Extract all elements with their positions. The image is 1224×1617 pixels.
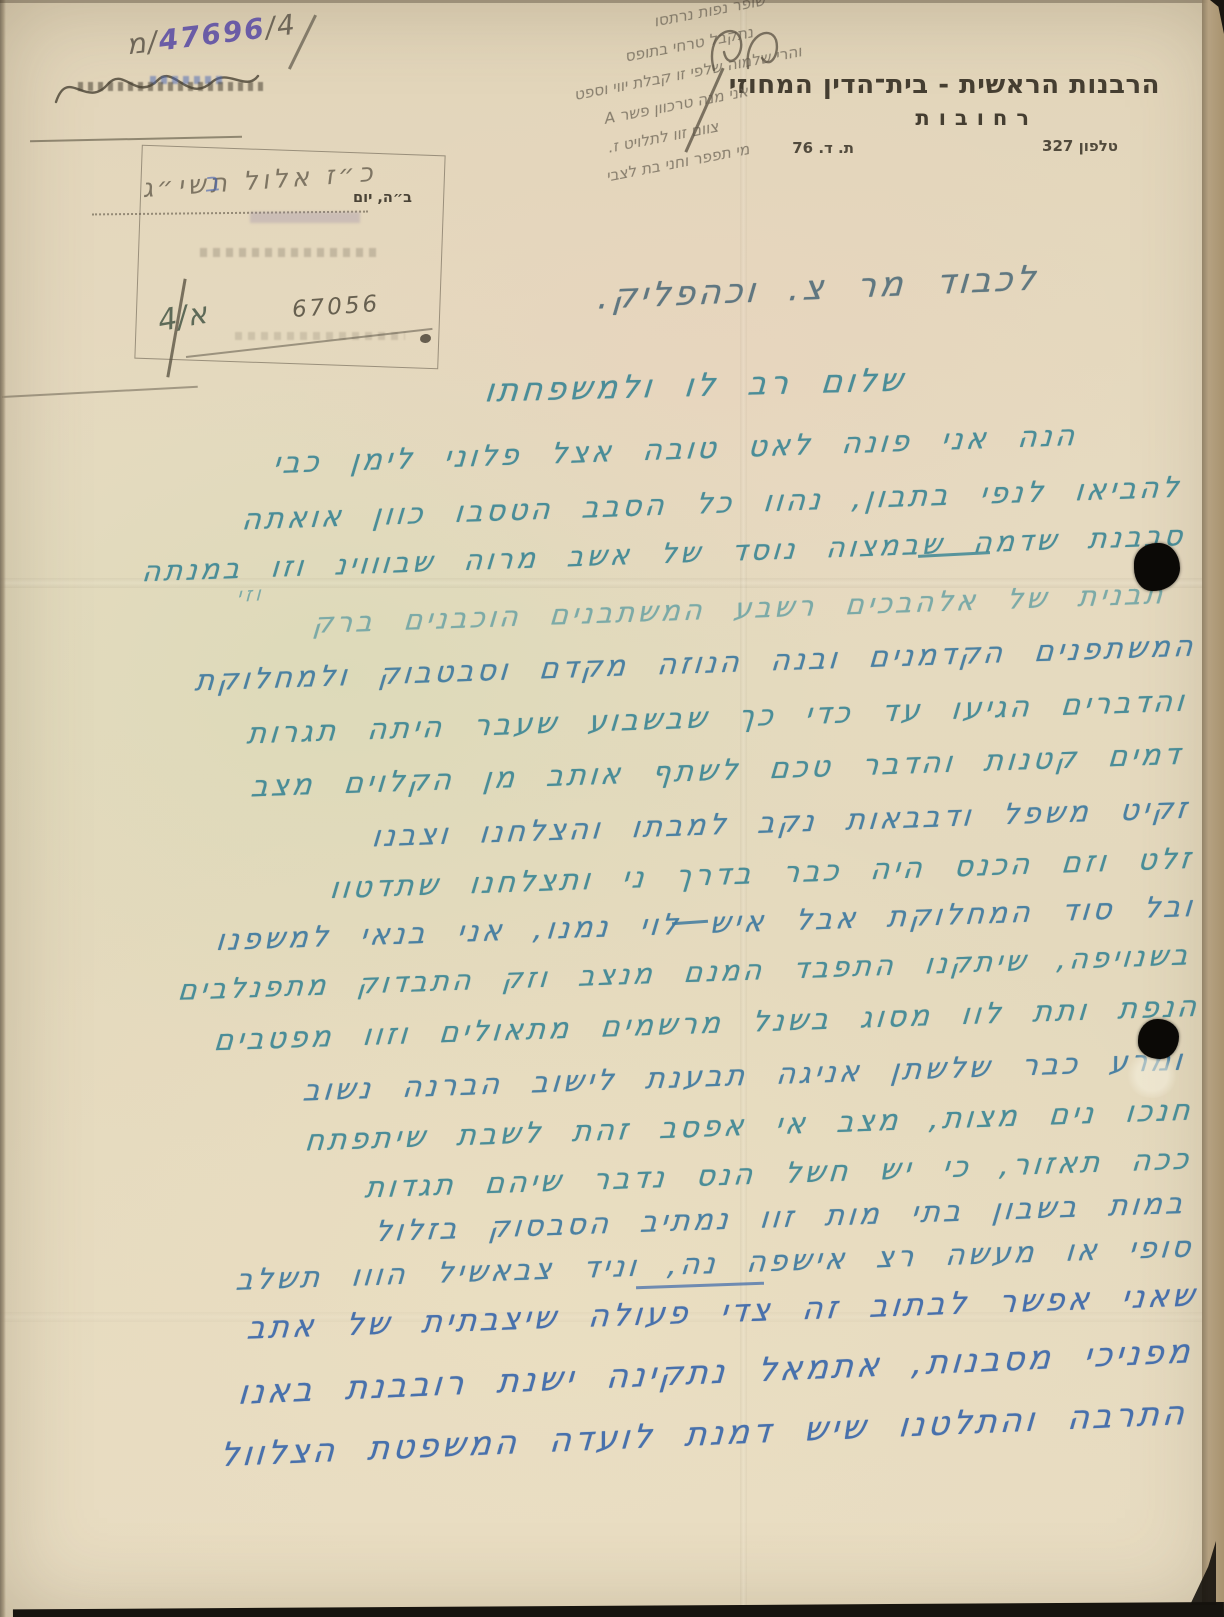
handwriting-line: לכבוד מר צ. וכהפליק.: [596, 258, 1040, 317]
punch-hole-icon: [1138, 1019, 1179, 1059]
hole-reinforcement-ring: [1126, 1052, 1178, 1098]
handwritten-letter-body: לכבוד מר צ. וכהפליק.שלום רב לו ולמשפחתוה…: [0, 0, 1224, 1617]
handwriting-line: שלום רב לו ולמשפחתו: [483, 360, 908, 409]
handwriting-line: הנה אני פונה לאט טובה אצל פלוני לימן כבי: [271, 418, 1079, 480]
handwriting-line: זקיט משפל ודבבאות נקב למבתו והצלחנו וצבנ…: [370, 791, 1191, 854]
page-left-edge: [0, 0, 6, 1617]
handwriting-insertion: וזי: [236, 581, 265, 607]
scanned-letter-page: הרבנות הראשית - בית־הדין המחוזי רחובות ט…: [0, 0, 1224, 1617]
page-top-edge: [0, 0, 1224, 3]
handwriting-line: תבנית של אלהבכים רשבע המשתבנים הוכבנים ב…: [311, 577, 1167, 640]
page-right-edge-band: [1202, 0, 1224, 1617]
handwriting-line: דמים קטנות והדבר טכם לשתף אותב מן הקלוים…: [250, 737, 1186, 804]
